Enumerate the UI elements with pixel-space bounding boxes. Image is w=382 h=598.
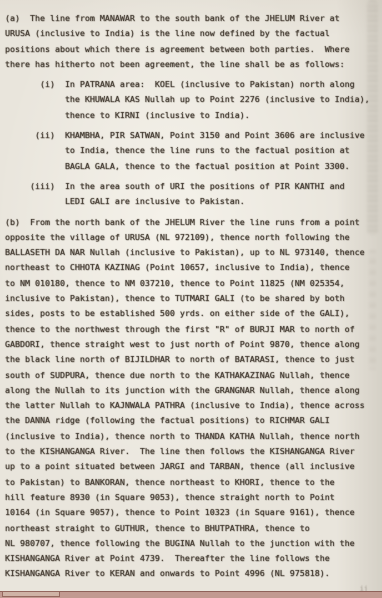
text-line: northeast to CHHOTA KAZINAG (Point 10657… (5, 260, 382, 275)
text-line: (inclusive to India), thence north to TH… (5, 429, 382, 444)
text-line: thence to the northwest through the firs… (5, 322, 382, 337)
text-line: hill feature 8930 (in Square 9053), then… (5, 490, 382, 505)
text-line: the DANNA ridge (following the factual p… (5, 413, 382, 428)
text-line: sides, posts to be established 500 yrds.… (5, 306, 382, 321)
text-line: (a) The line from MANAWAR to the south b… (5, 11, 382, 26)
scan-smudge-artifact (367, 0, 378, 235)
clause-a: (a) The line from MANAWAR to the south b… (5, 11, 382, 72)
text-line: BALLASETH DA NAR Nullah (inclusive to Pa… (5, 245, 382, 260)
text-line: GABDORI, thence straight west to just no… (5, 337, 382, 352)
text-line: to Pakistan) to BANKORAN, thence northea… (5, 475, 382, 490)
scan-smudge-artifact (369, 250, 376, 370)
text-line: (i) In PATRANA area: KOEL (inclusive to … (5, 77, 382, 92)
text-line: along the Nullah to its junction with th… (5, 383, 382, 398)
text-line: the latter Nullah to KAJNWALA PATHRA (in… (5, 398, 382, 413)
text-line: northeast straight to GUTHUR, thence to … (5, 521, 382, 536)
text-line: to India, thence the line runs to the fa… (5, 143, 382, 158)
text-line: (b) From the north bank of the JHELUM Ri… (5, 215, 382, 230)
text-line: the KHUWALA KAS Nullah up to Point 2276 … (5, 92, 382, 107)
text-line: the black line north of BIJILDHAR to nor… (5, 352, 382, 367)
text-line: NL 980707, thence following the BUGINA N… (5, 536, 382, 551)
text-line: to the KISHANGANGA River. The line then … (5, 444, 382, 459)
text-line: inclusive to Pakistan), thence to TUTMAR… (5, 291, 382, 306)
text-line: positions about which there is agreement… (5, 42, 382, 57)
text-line: to NM 010180, thence to NM 037210, thenc… (5, 276, 382, 291)
clause-i: (i) In PATRANA area: KOEL (inclusive to … (5, 77, 382, 123)
clause-iii: (iii) In the area south of URI the posit… (5, 179, 382, 210)
text-line: KISHANGANGA River at Point 4739. Thereaf… (5, 551, 382, 566)
text-line: there has hitherto not been agreement, t… (5, 57, 382, 72)
text-line: LEDI GALI are inclusive to Pakistan. (5, 194, 382, 209)
text-line: thence to KIRNI (inclusive to India). (5, 108, 382, 123)
text-line: south of SUDPURA, thence due north to th… (5, 368, 382, 383)
text-line: up to a point situated between JARGI and… (5, 459, 382, 474)
clause-ii: (ii) KHAMBHA, PIR SATWAN, Point 3150 and… (5, 128, 382, 174)
text-line: (iii) In the area south of URI the posit… (5, 179, 382, 194)
text-line: KISHANGANGA River to KERAN and onwards t… (5, 566, 382, 581)
text-line: URUSA (inclusive to India) is the line n… (5, 26, 382, 41)
clause-b: (b) From the north bank of the JHELUM Ri… (5, 215, 382, 582)
document-body: (a) The line from MANAWAR to the south b… (5, 11, 382, 587)
scanned-page: (a) The line from MANAWAR to the south b… (0, 0, 382, 598)
text-line: (ii) KHAMBHA, PIR SATWAN, Point 3150 and… (5, 128, 382, 143)
text-line: opposite the village of URUSA (NL 972109… (5, 230, 382, 245)
page-bottom-edge-tab (2, 591, 60, 597)
text-line: BAGLA GALA, thence to the factual positi… (5, 159, 382, 174)
text-line: 10164 (in Square 9057), thence to Point … (5, 505, 382, 520)
